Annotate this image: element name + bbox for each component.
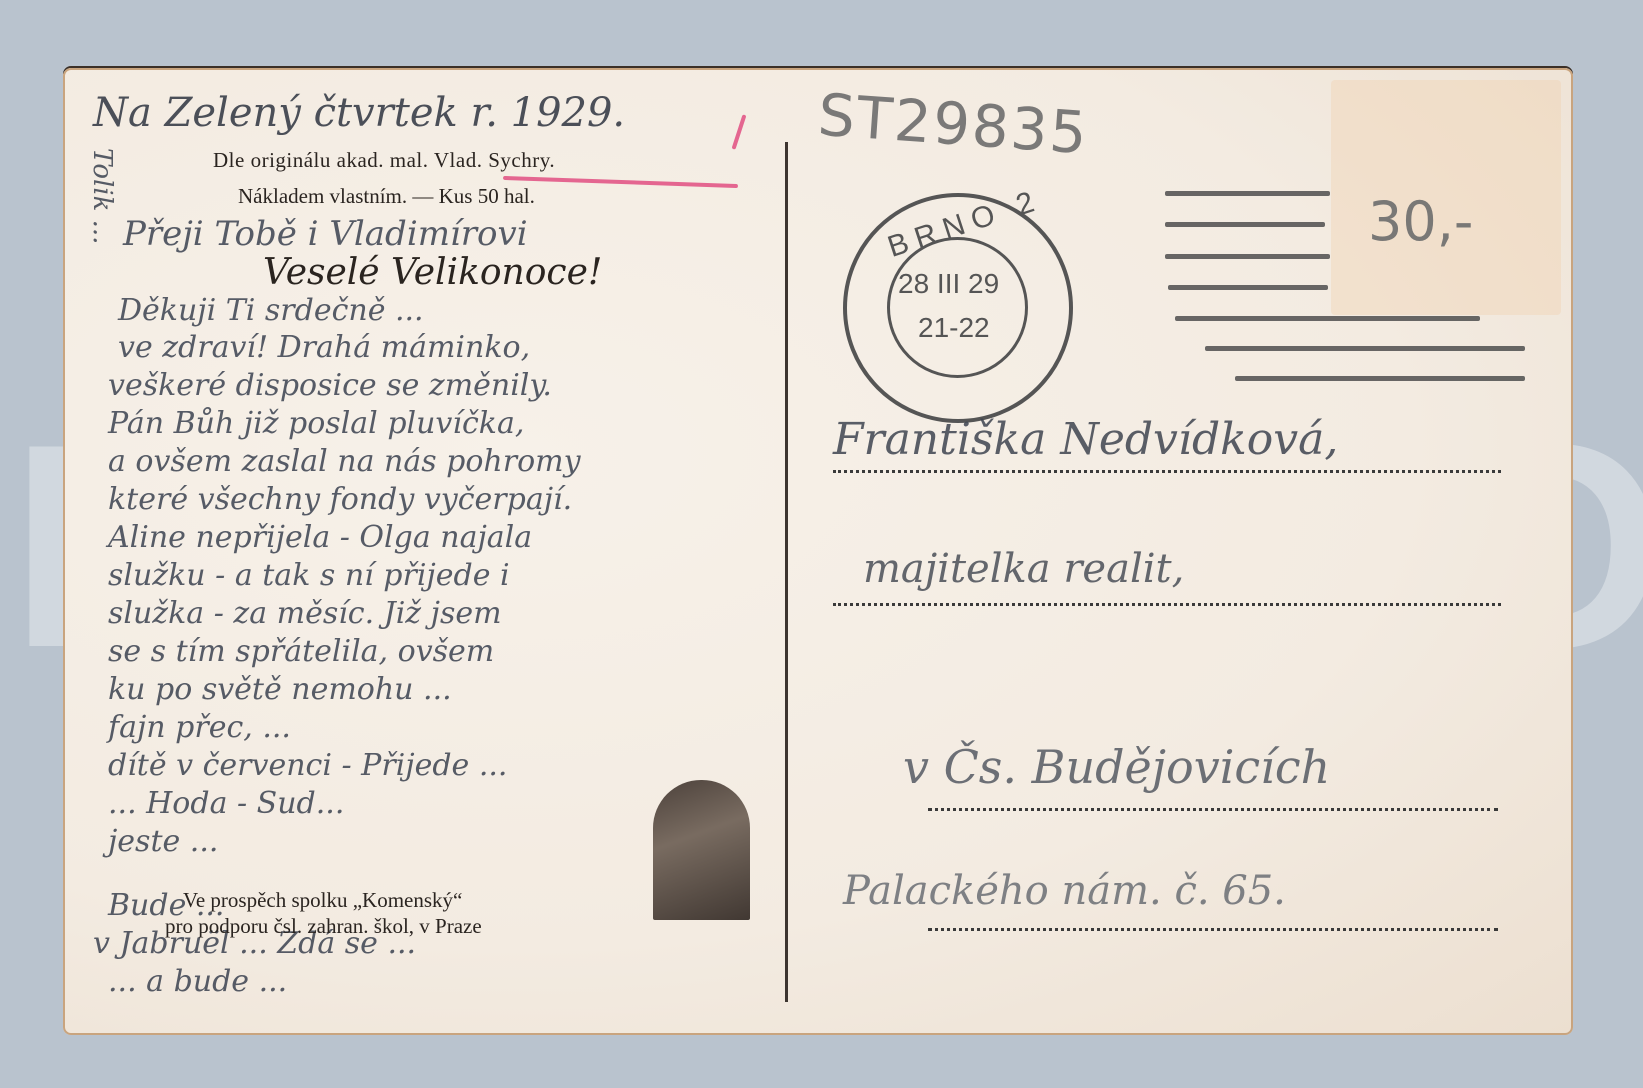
inventory-code: ST29835 — [816, 81, 1091, 168]
cancel-bar — [1165, 191, 1330, 196]
message-line: služku - a tak s ní přijede i — [108, 558, 510, 593]
message-line: a ovšem zaslal na nás pohromy — [108, 444, 581, 479]
address-line-4 — [928, 928, 1498, 931]
handwritten-salutation: Přeji Tobě i Vladimírovi — [123, 214, 528, 254]
card-divider-line — [785, 142, 788, 1002]
printed-charity-line-1: Ve prospěch spolku „Komenský“ — [183, 888, 462, 913]
postmark-inner-ring: 28 III 29 21-22 — [887, 237, 1028, 378]
komensky-portrait — [653, 780, 750, 920]
postmark-time: 21-22 — [918, 312, 990, 344]
printed-publisher-line: Nákladem vlastním. — Kus 50 hal. — [238, 184, 535, 209]
message-line: Pán Bůh již poslal pluvíčka, — [108, 406, 524, 441]
message-line: se s tím spřátelila, ovšem — [108, 634, 494, 669]
address-line-3 — [928, 808, 1498, 811]
message-line: Děkuji Ti srdečně ... — [118, 293, 424, 328]
address-line-1 — [833, 470, 1501, 473]
address-title: majitelka realit, — [863, 546, 1184, 592]
postmark-date: 28 III 29 — [898, 268, 999, 300]
message-line: dítě v červenci - Přijede ... — [108, 748, 507, 783]
message-line: fajn přec, ... — [108, 710, 291, 745]
pink-underline-mark — [503, 176, 738, 188]
printed-credit-line: Dle originálu akad. mal. Vlad. Sychry. — [213, 148, 555, 173]
message-line: ve zdraví! Drahá máminko, — [118, 330, 530, 365]
message-line: veškeré disposice se změnily. — [108, 368, 552, 403]
margin-note: Tolik ... — [87, 148, 117, 244]
address-street: Palackého nám. č. 65. — [843, 868, 1286, 914]
cancel-bar — [1165, 222, 1325, 227]
printed-charity-line-2: pro podporu čsl. zahran. škol, v Praze — [165, 914, 482, 939]
postmark: BRNO 2 28 III 29 21-22 — [843, 193, 1073, 423]
message-line: služka - za měsíc. Již jsem — [108, 596, 502, 631]
handwritten-heading: Na Zelený čtvrtek r. 1929. — [93, 90, 625, 136]
cancel-bar — [1235, 376, 1525, 381]
message-line: které všechny fondy vyčerpají. — [108, 482, 572, 517]
printed-greeting: Veselé Velikonoce! — [263, 252, 602, 293]
pink-tick-mark — [732, 114, 747, 149]
postcard: Na Zelený čtvrtek r. 1929. Dle originálu… — [63, 68, 1573, 1035]
message-line: jeste ... — [108, 824, 218, 859]
cancel-bar — [1175, 316, 1480, 321]
cancel-bar — [1165, 254, 1330, 259]
message-line: ... a bude ... — [108, 964, 287, 999]
cancel-bar — [1205, 346, 1525, 351]
message-line: Aline nepřijela - Olga najala — [108, 520, 532, 555]
address-name: Františka Nedvídková, — [833, 414, 1338, 465]
price-note: 30,- — [1368, 190, 1473, 253]
message-line: ... Hoda - Sud... — [108, 786, 344, 821]
address-line-2 — [833, 603, 1501, 606]
message-line: ku po světě nemohu ... — [108, 672, 452, 707]
address-city: v Čs. Budějovicích — [903, 740, 1330, 794]
cancel-bar — [1168, 285, 1328, 290]
